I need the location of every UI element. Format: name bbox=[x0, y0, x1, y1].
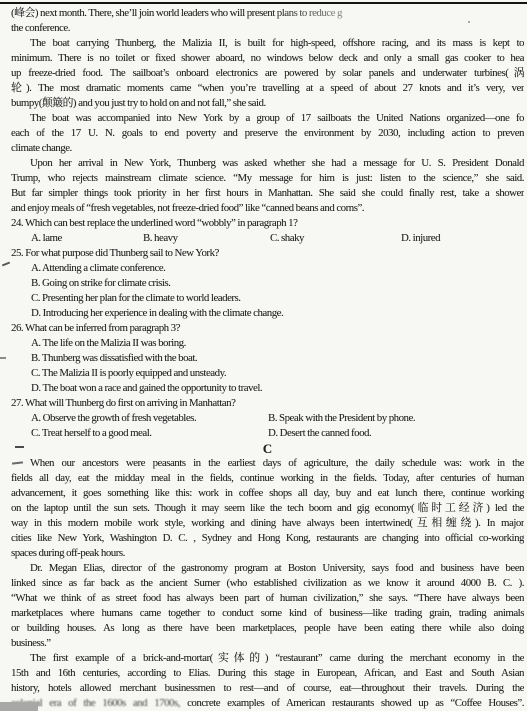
option-item: C. Treat herself to a good meal. bbox=[31, 426, 268, 441]
passage-line: marketplaces where humans came together … bbox=[11, 606, 524, 621]
option-item: A. Attending a climate conference. bbox=[11, 261, 524, 276]
passage-line: cities like New York, Washington D. C. ,… bbox=[11, 531, 524, 546]
passage-line-faded: (峰会) next month. There, she’ll join worl… bbox=[11, 6, 524, 21]
passage-line: Trump, who rejects mainstream climate sc… bbox=[11, 171, 524, 186]
option-item: B. Speak with the President by phone. bbox=[268, 411, 524, 426]
passage-line: minimum. There is no toilet or fixed sho… bbox=[11, 51, 524, 66]
passage-line: fields all day, eat the midday meal in t… bbox=[11, 471, 524, 486]
question-line: 24. Which can best replace the underline… bbox=[11, 216, 524, 231]
option-item: B. Thunberg was dissatisfied with the bo… bbox=[11, 351, 524, 366]
passage-line: When our ancestors were peasants in the … bbox=[11, 456, 524, 471]
passage-line: linked since as far back as the ancient … bbox=[11, 576, 524, 591]
option-item: B. heavy bbox=[143, 231, 270, 246]
question-line: 27. What will Thunberg do first on arriv… bbox=[11, 396, 524, 411]
passage-line: or building houses. As long as there hav… bbox=[11, 621, 524, 636]
question-line: 26. What can be inferred from paragraph … bbox=[11, 321, 524, 336]
passage-line: climate change. bbox=[11, 141, 524, 156]
passage-line: The boat carrying Thunberg, the Malizia … bbox=[11, 36, 524, 51]
passage-line: “What we think of as street food has alw… bbox=[11, 591, 524, 606]
passage-line: up freeze-dried food. The sailboat’s onb… bbox=[11, 66, 524, 81]
option-item: D. Introducing her experience in dealing… bbox=[11, 306, 524, 321]
option-item: C. shaky bbox=[270, 231, 401, 246]
passage-line: spaces during off-peak hours. bbox=[11, 546, 524, 561]
passage-line: The boat was accompanied into New York b… bbox=[11, 111, 524, 126]
passage-line: Upon her arrival in New York, Thunberg w… bbox=[11, 156, 524, 171]
passage-line: on the laptop until the sun sets. Though… bbox=[11, 501, 524, 516]
passage-line: history, hotels allowed merchant busines… bbox=[11, 681, 524, 696]
passage-line: Dr. Megan Elias, director of the gastron… bbox=[11, 561, 524, 576]
option-item: D. The boat won a race and gained the op… bbox=[11, 381, 524, 396]
exam-page: (峰会) next month. There, she’ll join worl… bbox=[0, 0, 527, 711]
passage-line-segment: concrete examples of American restaurant… bbox=[187, 697, 524, 709]
passage-line: the conference. bbox=[11, 21, 524, 36]
passage-line: business.” bbox=[11, 636, 524, 651]
option-item: B. Going on strike for climate crisis. bbox=[11, 276, 524, 291]
passage-line: 15th and 16th centuries, according to El… bbox=[11, 666, 524, 681]
options-row: A. lameB. heavyC. shakyD. injured bbox=[11, 231, 524, 246]
passage-line: The first example of a brick-and-mortar(… bbox=[11, 651, 524, 666]
option-item: C. Presenting her plan for the climate t… bbox=[11, 291, 524, 306]
passage-line-blurred: colonial era of the 1600s and 1700s, con… bbox=[11, 696, 524, 711]
option-item: A. Observe the growth of fresh vegetable… bbox=[31, 411, 268, 426]
passage-line: 轮). The most dramatic moments came “when… bbox=[11, 81, 524, 96]
passage-line: bumpy(颠簸的) and you just try to hold on a… bbox=[11, 96, 524, 111]
option-item: A. The life on the Malizia II was boring… bbox=[11, 336, 524, 351]
option-item: D. Desert the canned food. bbox=[268, 426, 524, 441]
passage-line: way in this modern mobile work style, wo… bbox=[11, 516, 524, 531]
passage-line: each of the 17 U. N. goals to end povert… bbox=[11, 126, 524, 141]
options-row: C. Treat herself to a good meal.D. Deser… bbox=[11, 426, 524, 441]
question-line: 25. For what purpose did Thunberg sail t… bbox=[11, 246, 524, 261]
scan-artifact-block bbox=[0, 702, 38, 711]
option-item: C. The Malizia II is poorly equipped and… bbox=[11, 366, 524, 381]
options-row: A. Observe the growth of fresh vegetable… bbox=[11, 411, 524, 426]
option-item: D. injured bbox=[401, 231, 524, 246]
passage-line: advancement, it goes something like this… bbox=[11, 486, 524, 501]
section-header: C bbox=[11, 441, 524, 456]
option-item: A. lame bbox=[31, 231, 143, 246]
passage-line: But far simpler things took priority in … bbox=[11, 186, 524, 201]
passage-line: and enjoy meals of “fresh vegetables, no… bbox=[11, 201, 524, 216]
